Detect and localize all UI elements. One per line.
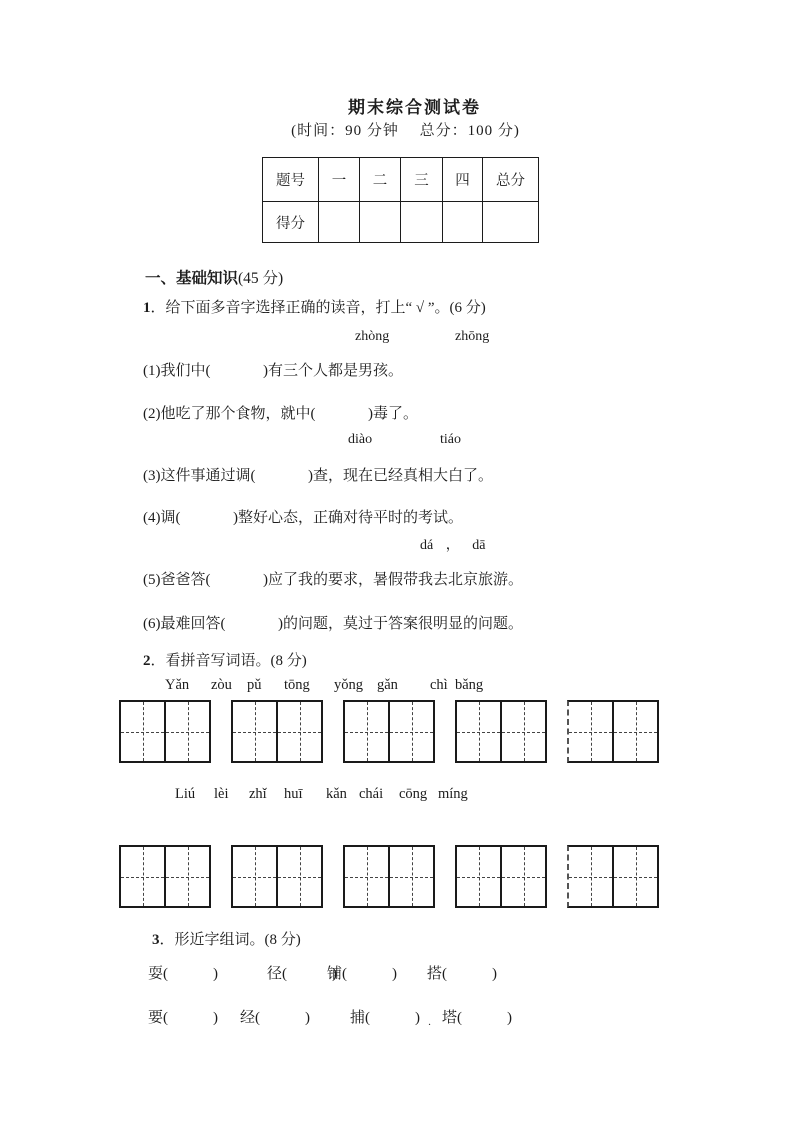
q3-item: 搭( )	[427, 962, 497, 983]
pinyin-word: zhǐ	[249, 786, 267, 803]
section-heading: 一、基础知识(45 分)	[145, 266, 283, 288]
score-cell-empty	[360, 202, 401, 243]
pinyin-word: tōng	[284, 677, 310, 694]
writing-grid-cell	[388, 702, 433, 761]
writing-grid-group	[231, 700, 323, 763]
pinyin-word: míng	[438, 786, 468, 803]
pinyin-word: bǎng	[455, 677, 483, 694]
score-table-header-cell: 四	[443, 158, 483, 202]
question3-number: 3	[152, 932, 160, 948]
q3-row-2: 要( ) 经( ) 捕( ) ． 塔( )	[0, 1006, 793, 1026]
writing-grid-cell	[612, 702, 657, 761]
pinyin-hint-da: dá ， dā	[0, 534, 793, 552]
pinyin-word-row-1: Yǎn zòu pǔ tōng yǒng gǎn chì bǎng	[0, 677, 793, 695]
q3-row-1: 耍( ) 径( ) 铺( ) 搭( )	[0, 962, 793, 982]
writing-grid-cell	[276, 847, 321, 906]
pinyin-option: diào	[348, 432, 372, 448]
pinyin-word: zòu	[211, 677, 232, 694]
question1-prompt: 1．给下面多音字选择正确的读音，打上“ √ ”。(6 分)	[143, 296, 486, 317]
pinyin-hint-diao: diào tiáo	[0, 432, 793, 450]
question3-prompt-text: ．形近字组词。(8 分)	[160, 932, 301, 948]
writing-grid-group	[343, 700, 435, 763]
writing-grid-cell	[233, 702, 276, 761]
writing-grid-cell	[345, 702, 388, 761]
exam-time-score-info: (时间：90 分钟 总分：100 分)	[18, 119, 793, 140]
question3-prompt: 3．形近字组词。(8 分)	[152, 928, 301, 949]
score-row-label: 得分	[263, 202, 319, 243]
pinyin-word: chái	[359, 786, 383, 803]
question2-number: 2	[143, 653, 151, 669]
writing-grid-group	[119, 845, 211, 908]
score-table-header-row: 题号 一 二 三 四 总分	[263, 158, 539, 202]
pinyin-option: dá ， dā	[420, 534, 485, 554]
pinyin-word: cōng	[399, 786, 427, 803]
q3-item: 捕( )	[350, 1006, 420, 1027]
pinyin-word: pǔ	[247, 677, 262, 694]
q3-item: 要( )	[148, 1006, 218, 1027]
writing-grid-row-2	[119, 845, 659, 908]
pinyin-word: gǎn	[377, 677, 398, 694]
writing-grid-cell	[569, 847, 612, 906]
q1-item-3: (3)这件事通过调( )查，现在已经真相大白了。	[143, 464, 493, 485]
writing-grid-group	[567, 845, 659, 908]
pinyin-word: Liú	[175, 786, 195, 803]
writing-grid-cell	[164, 702, 209, 761]
question1-number: 1	[143, 300, 151, 316]
writing-grid-row-1	[119, 700, 659, 763]
score-table-header-cell: 总分	[483, 158, 539, 202]
writing-grid-cell	[121, 702, 164, 761]
writing-grid-cell	[569, 702, 612, 761]
score-cell-empty	[319, 202, 360, 243]
q1-item-5: (5)爸爸答( )应了我的要求，暑假带我去北京旅游。	[143, 568, 523, 589]
pinyin-word-row-2: Liú lèi zhǐ huī kǎn chái cōng míng	[0, 786, 793, 804]
writing-grid-cell	[457, 847, 500, 906]
question2-prompt-text: ．看拼音写词语。(8 分)	[151, 653, 307, 669]
writing-grid-group	[231, 845, 323, 908]
section-heading-label: 一、基础知识	[145, 270, 238, 287]
pinyin-word: Yǎn	[165, 677, 189, 694]
writing-grid-group	[343, 845, 435, 908]
score-table: 题号 一 二 三 四 总分 得分	[262, 157, 539, 243]
q1-item-2: (2)他吃了那个食物，就中( )毒了。	[143, 402, 418, 423]
q3-item: 耍( )	[148, 962, 218, 983]
score-table-header-cell: 三	[401, 158, 443, 202]
pinyin-option: tiáo	[440, 432, 461, 448]
score-cell-empty	[401, 202, 443, 243]
section-heading-score: (45 分)	[238, 270, 283, 287]
question2-prompt: 2．看拼音写词语。(8 分)	[143, 649, 307, 670]
pinyin-option: zhōng	[455, 329, 489, 345]
pinyin-word: huī	[284, 786, 303, 803]
q1-item-1: (1)我们中( )有三个人都是男孩。	[143, 359, 403, 380]
writing-grid-cell	[457, 702, 500, 761]
writing-grid-cell	[164, 847, 209, 906]
q3-item: 经( )	[240, 1006, 310, 1027]
writing-grid-cell	[388, 847, 433, 906]
page-title: 期末综合测试卷	[36, 93, 793, 118]
score-table-header-cell: 题号	[263, 158, 319, 202]
writing-grid-cell	[276, 702, 321, 761]
writing-grid-cell	[345, 847, 388, 906]
writing-grid-cell	[612, 847, 657, 906]
pinyin-option: zhòng	[355, 329, 389, 345]
score-cell-empty	[443, 202, 483, 243]
question1-prompt-text: ．给下面多音字选择正确的读音，打上“ √ ”。(6 分)	[151, 300, 486, 316]
pinyin-hint-zhong: zhòng zhōng	[0, 329, 793, 347]
pinyin-word: kǎn	[326, 786, 347, 803]
writing-grid-group	[455, 845, 547, 908]
writing-grid-cell	[233, 847, 276, 906]
score-table-header-cell: 一	[319, 158, 360, 202]
writing-grid-cell	[500, 702, 545, 761]
q3-item: 塔( )	[442, 1006, 512, 1027]
pinyin-word: yǒng	[334, 677, 363, 694]
score-cell-empty	[483, 202, 539, 243]
writing-grid-cell	[500, 847, 545, 906]
writing-grid-group	[567, 700, 659, 763]
pinyin-word: chì	[430, 677, 448, 694]
stray-dot-mark: ．	[428, 1013, 438, 1028]
writing-grid-group	[119, 700, 211, 763]
score-table-header-cell: 二	[360, 158, 401, 202]
q1-item-4: (4)调( )整好心态，正确对待平时的考试。	[143, 506, 463, 527]
q1-item-6: (6)最难回答( )的问题，莫过于答案很明显的问题。	[143, 612, 523, 633]
exam-paper-page: 期末综合测试卷 (时间：90 分钟 总分：100 分) 题号 一 二 三 四 总…	[0, 0, 793, 1122]
writing-grid-group	[455, 700, 547, 763]
q3-item: 铺( )	[327, 962, 397, 983]
score-table-score-row: 得分	[263, 202, 539, 243]
writing-grid-cell	[121, 847, 164, 906]
pinyin-word: lèi	[214, 786, 229, 803]
